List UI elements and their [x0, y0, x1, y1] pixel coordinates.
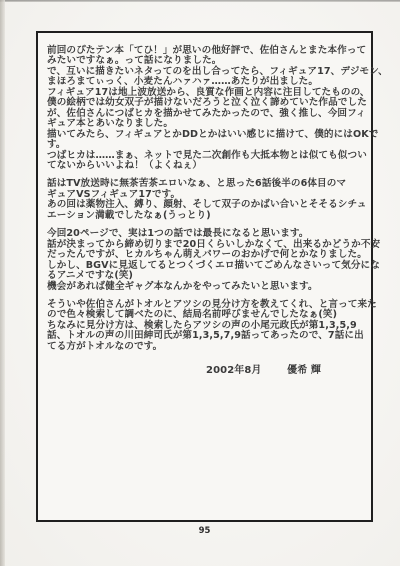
paragraph: 話はTV放送時に無茶苦茶エロいなぁ、と思った6話後半の6体目のマギュアVSフィギ… [47, 179, 365, 221]
afterword-paragraphs: 前回のぴたテン本「てひ！」が思いの他好評で、佐伯さんとまた本作ってみたいですなぁ… [47, 46, 365, 352]
text-line: てる方がトオルなのです。 [47, 342, 365, 352]
scanned-afterword-page: { "colors": { "background": "#f6f5f2", "… [0, 0, 400, 566]
scan-edge-left [0, 0, 5, 566]
text-line: エーション満載でしたなぁ(うっとり) [47, 211, 365, 221]
text-line: 機会があれば健全ギャグ本なんかをやってみたいと思います。 [47, 282, 365, 292]
page-number: 95 [36, 526, 373, 536]
paragraph: そういや佐伯さんがトオルとアツシの見分け方を教えてくれ、と言って来たので色々検索… [47, 300, 365, 352]
afterword-text: 前回のぴたテン本「てひ！」が思いの他好評で、佐伯さんとまた本作ってみたいですなぁ… [47, 46, 365, 377]
paragraph: 今回20ページで、実は1つの話では最長になると思います。話が決まってから締め切り… [47, 229, 365, 292]
signature: 2002年8月 優希 輝 [47, 366, 365, 376]
signature-name: 優希 輝 [287, 365, 321, 376]
scan-edge-top [0, 0, 400, 2]
paragraph: 前回のぴたテン本「てひ！」が思いの他好評で、佐伯さんとまた本作ってみたいですなぁ… [47, 46, 365, 171]
text-line: す。 [47, 140, 365, 150]
signature-date: 2002年8月 [206, 365, 262, 376]
text-line: てないからいいよね！（よくねぇ） [47, 161, 365, 171]
text-line: 描いてみたら、フィギュアとかDDとかはいい感じに描けて、僕的にはOKで [47, 130, 365, 140]
text-line: るアニメですな(笑) [47, 271, 365, 281]
afterword-frame: 前回のぴたテン本「てひ！」が思いの他好評で、佐伯さんとまた本作ってみたいですなぁ… [36, 31, 373, 522]
